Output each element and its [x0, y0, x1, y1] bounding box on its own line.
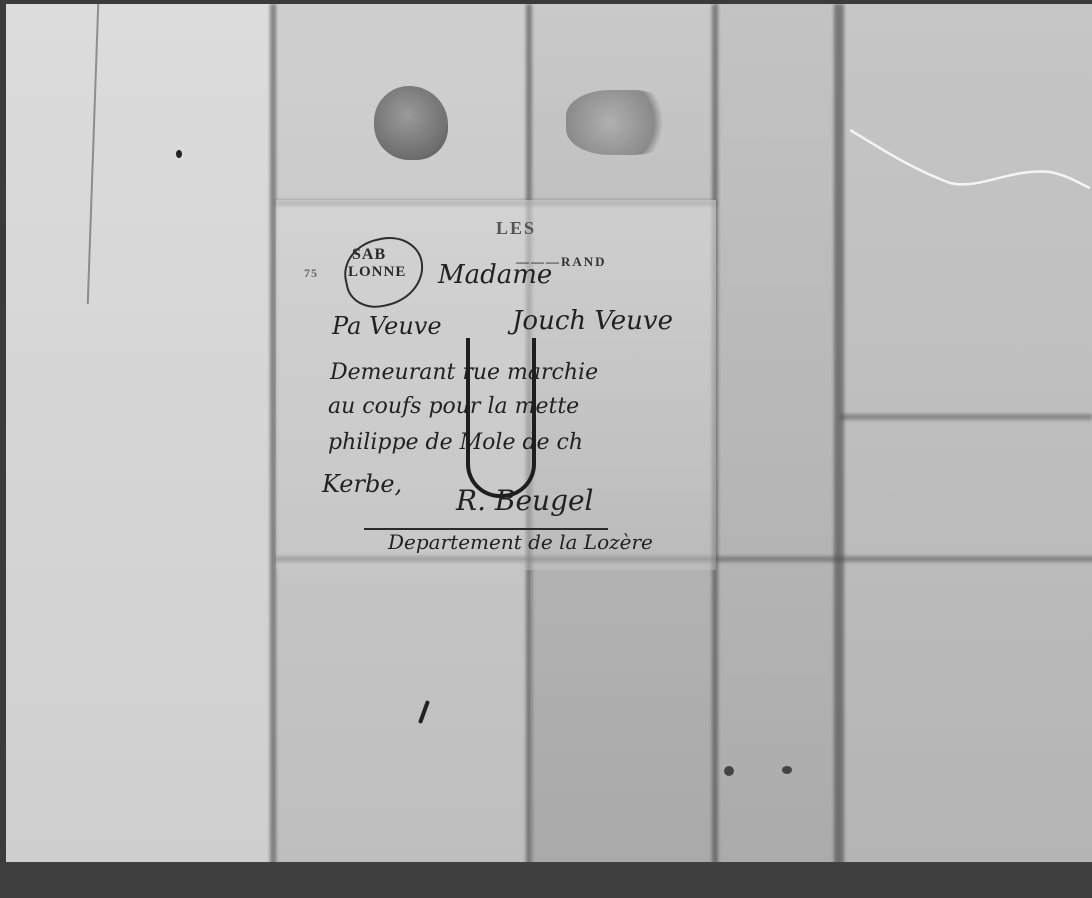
postage-rate-mark: [466, 338, 536, 498]
destination-line: Departement de la Lozère: [388, 530, 653, 554]
fold-line: [834, 4, 844, 868]
address-line: philippe de Mole de ch: [328, 430, 583, 455]
seal-residue: [566, 90, 676, 155]
ink-spot: [782, 766, 792, 774]
postmark-number: 75: [304, 266, 318, 281]
address-line: Pa Veuve: [332, 312, 442, 340]
left-flap: [6, 4, 274, 868]
ink-spot: [724, 766, 734, 776]
postmark-line2: LONNE: [348, 264, 406, 281]
scan-background-edge: [0, 862, 1092, 898]
address-line: Jouch Veuve: [512, 306, 673, 336]
header-stamp-line1: LES: [496, 218, 536, 239]
address-line: Demeurant rue marchie: [330, 360, 598, 385]
wax-seal: [374, 86, 448, 160]
address-line: Madame: [438, 260, 552, 290]
ink-spot: [176, 150, 182, 158]
address-line: au coufs pour la mette: [328, 394, 579, 419]
fold-line: [840, 414, 1092, 420]
document-scan: SAB LONNE 75 LES ———RAND Madame Pa Veuve…: [0, 0, 1092, 898]
address-line: Kerbe,: [322, 470, 402, 498]
postmark-line1: SAB: [352, 246, 386, 264]
right-inner-flap: [716, 4, 840, 868]
film-scratch: [850, 128, 1090, 198]
